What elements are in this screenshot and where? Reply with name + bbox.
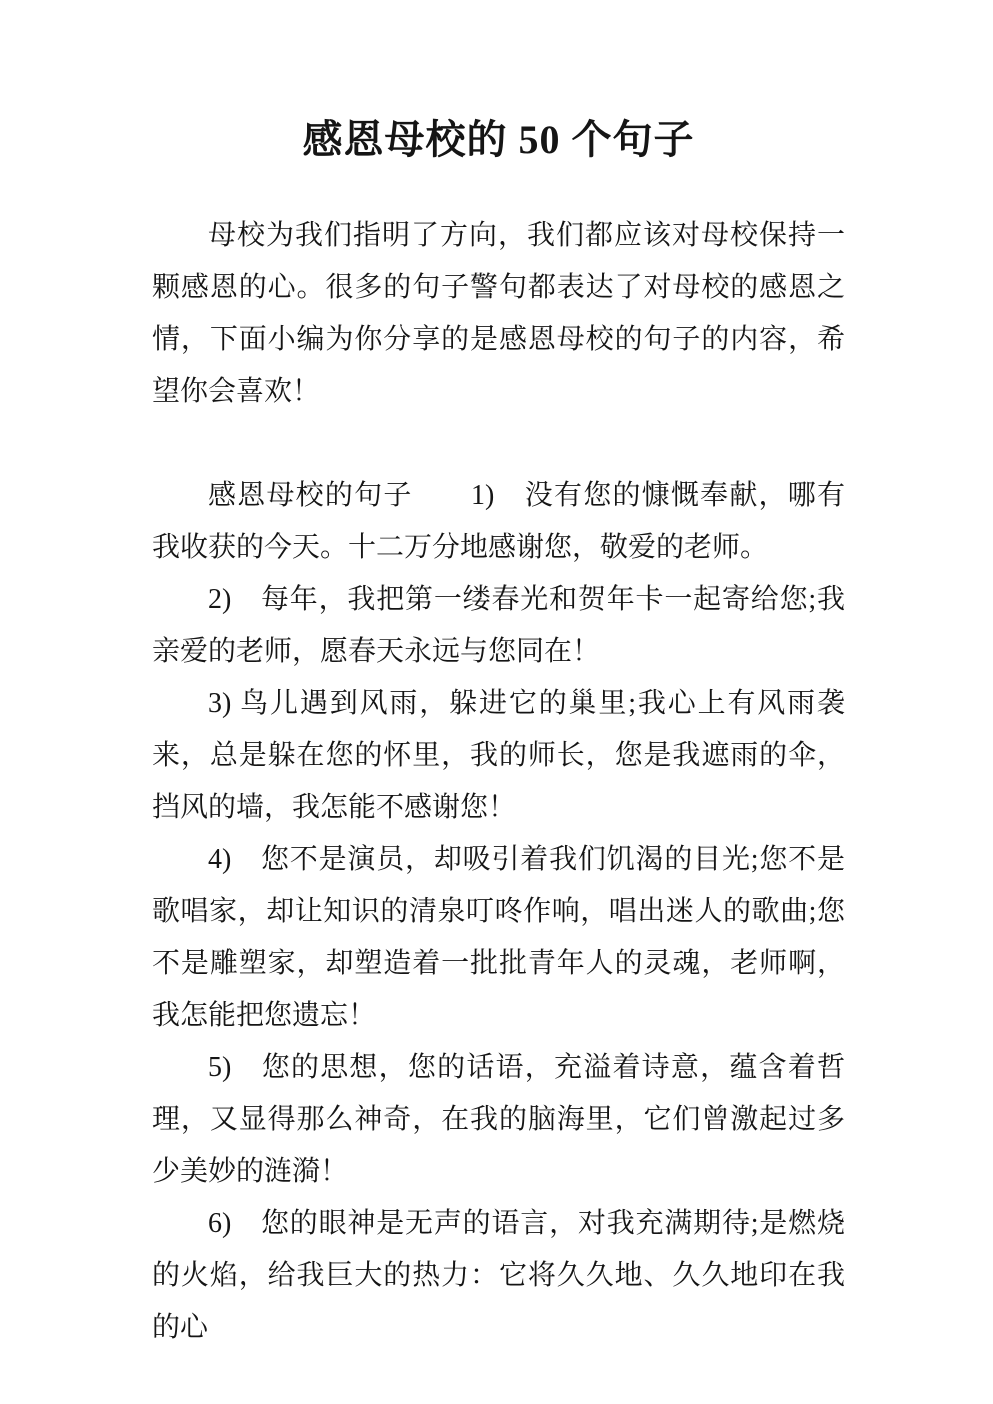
page-title: 感恩母校的 50 个句子 (152, 108, 845, 172)
paragraph: 5) 您的思想，您的话语，充溢着诗意，蕴含着哲理，又显得那么神奇，在我的脑海里，… (152, 1042, 845, 1198)
paragraph: 2) 每年，我把第一缕春光和贺年卡一起寄给您;我亲爱的老师，愿春天永远与您同在！ (152, 574, 845, 678)
paragraph: 4) 您不是演员，却吸引着我们饥渴的目光;您不是歌唱家，却让知识的清泉叮咚作响，… (152, 834, 845, 1042)
document-content: 感恩母校的 50 个句子 母校为我们指明了方向，我们都应该对母校保持一颗感恩的心… (0, 0, 993, 1354)
document-body: 母校为我们指明了方向，我们都应该对母校保持一颗感恩的心。很多的句子警句都表达了对… (152, 210, 845, 1354)
document-page: 感恩母校的 50 个句子 母校为我们指明了方向，我们都应该对母校保持一颗感恩的心… (0, 0, 993, 1404)
blank-line (152, 418, 845, 470)
paragraph: 6) 您的眼神是无声的语言，对我充满期待;是燃烧的火焰，给我巨大的热力：它将久久… (152, 1198, 845, 1354)
paragraph: 3) 鸟儿遇到风雨，躲进它的巢里;我心上有风雨袭来，总是躲在您的怀里，我的师长，… (152, 678, 845, 834)
paragraph: 母校为我们指明了方向，我们都应该对母校保持一颗感恩的心。很多的句子警句都表达了对… (152, 210, 845, 418)
paragraph: 感恩母校的句子 1) 没有您的慷慨奉献，哪有我收获的今天。十二万分地感谢您，敬爱… (152, 470, 845, 574)
